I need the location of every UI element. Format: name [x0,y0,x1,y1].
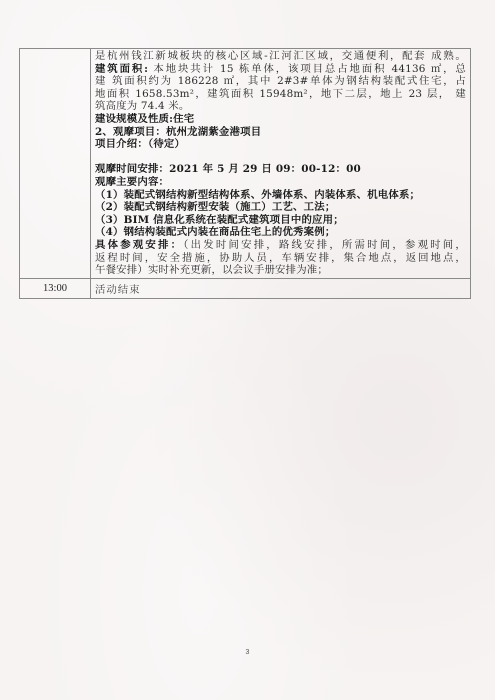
page-number: 3 [0,649,495,656]
visit-schedule-time: 观摩时间安排：2021 年 5 月 29 日 09：00-12：00 [95,163,466,176]
spacer [95,151,466,164]
building-area-label: 建筑面积: [95,63,148,75]
project-intro-tail: 是杭州钱江新城板块的核心区域-江河汇区域，交通便利，配套 成熟。 [95,50,466,63]
building-area-line-3: 地面积 1658.53m²，建筑面积 15948m²，地下二层，地上 23 层，… [95,88,466,101]
visit-content-heading: 观摩主要内容： [95,176,466,189]
construction-scale: 建设规模及性质:住宅 [95,113,466,126]
visit-content-item: （2）装配式钢结构新型安装（施工）工艺、工法； [95,201,466,214]
building-area-text: 本地块共计 15 栋单体，该项目总占地面积 44136 ㎡，总 [148,63,466,75]
project-2-title: 2、观摩项目：杭州龙湖紫金港项目 [95,126,466,139]
schedule-table: 是杭州钱江新城板块的核心区域-江河汇区域，交通便利，配套 成熟。 建筑面积: 本… [19,48,471,299]
building-area-line-4: 筑高度为 74.4 米。 [95,100,466,113]
time-cell [20,49,91,279]
arrangement-text: （出发时间安排，路线安排，所需时间，参观时间， [183,239,466,251]
table-row: 是杭州钱江新城板块的核心区域-江河汇区域，交通便利，配套 成熟。 建筑面积: 本… [20,49,471,279]
time-cell: 13:00 [20,278,91,298]
event-end-cell: 活动结束 [91,278,471,298]
arrangement-label: 具体参观安排： [95,239,183,251]
arrangement-line-1: 具体参观安排：（出发时间安排，路线安排，所需时间，参观时间， [95,239,466,252]
building-area-line-1: 建筑面积: 本地块共计 15 栋单体，该项目总占地面积 44136 ㎡，总 [95,63,466,76]
visit-content-item: （3）BIM 信息化系统在装配式建筑项目中的应用； [95,214,466,227]
arrangement-line-2: 返程时间，安全措施，协助人员，车辆安排，集合地点，返回地点， [95,252,466,265]
project-2-intro: 项目介绍：（待定） [95,138,466,151]
visit-content-item: （1）装配式钢结构新型结构体系、外墙体系、内装体系、机电体系； [95,189,466,202]
table-row: 13:00 活动结束 [20,278,471,298]
visit-content-item: （4）钢结构装配式内装在商品住宅上的优秀案例； [95,226,466,239]
content-cell: 是杭州钱江新城板块的核心区域-江河汇区域，交通便利，配套 成熟。 建筑面积: 本… [91,49,471,279]
building-area-line-2: 建 筑面积约为 186228 ㎡，其中 2#3#单体为钢结构装配式住宅，占 [95,75,466,88]
arrangement-line-3: 午餐安排）实时补充更新，以会议手册安排为准； [95,264,466,277]
